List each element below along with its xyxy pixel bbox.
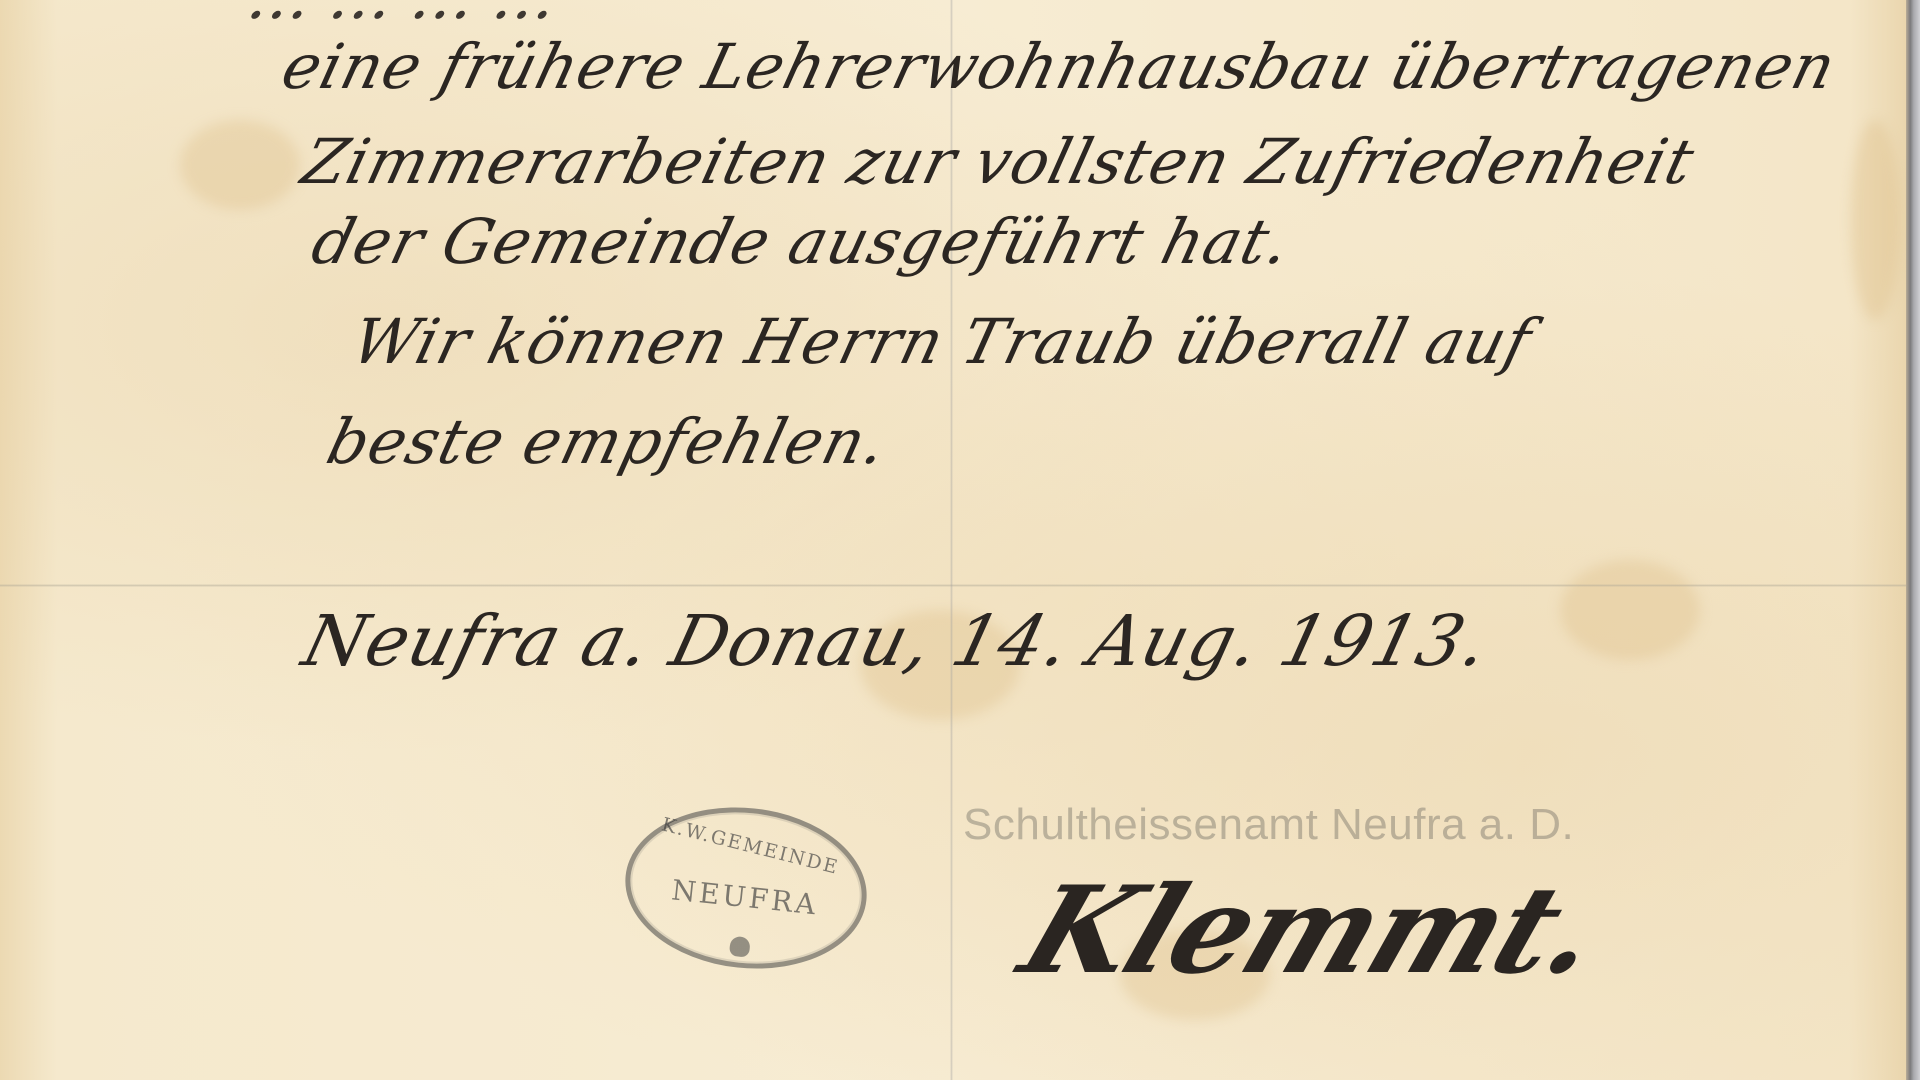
- handwritten-line-1: eine frühere Lehrerwohnhausbau übertrage…: [275, 30, 1844, 103]
- paper-stain: [1850, 120, 1900, 320]
- place-and-date: Neufra a. Donau, 14. Aug. 1913.: [295, 600, 1497, 682]
- municipal-seal-stamp: K.W.GEMEINDE NEUFRA: [617, 796, 874, 980]
- document-page: … … … … eine frühere Lehrerwohnhausbau ü…: [0, 0, 1906, 1080]
- seal-main-text: NEUFRA: [628, 869, 862, 926]
- paper-stain: [1560, 560, 1700, 660]
- paper-stain: [180, 120, 300, 210]
- handwritten-line-3: der Gemeinde ausgeführt hat.: [305, 205, 1298, 278]
- handwritten-line-2: Zimmerarbeiten zur vollsten Zufriedenhei…: [295, 125, 1702, 198]
- signature: Klemmt.: [1004, 860, 1619, 1001]
- scanner-edge: [1906, 0, 1920, 1080]
- handwritten-line-4: Wir können Herrn Traub überall auf: [345, 305, 1539, 378]
- partial-handwritten-line: … … … …: [241, 0, 566, 33]
- fold-line-horizontal: [0, 584, 1906, 587]
- crest-icon: [729, 936, 751, 958]
- handwritten-line-5: beste empfehlen.: [320, 405, 895, 478]
- office-stamp: Schultheissenamt Neufra a. D.: [963, 800, 1574, 850]
